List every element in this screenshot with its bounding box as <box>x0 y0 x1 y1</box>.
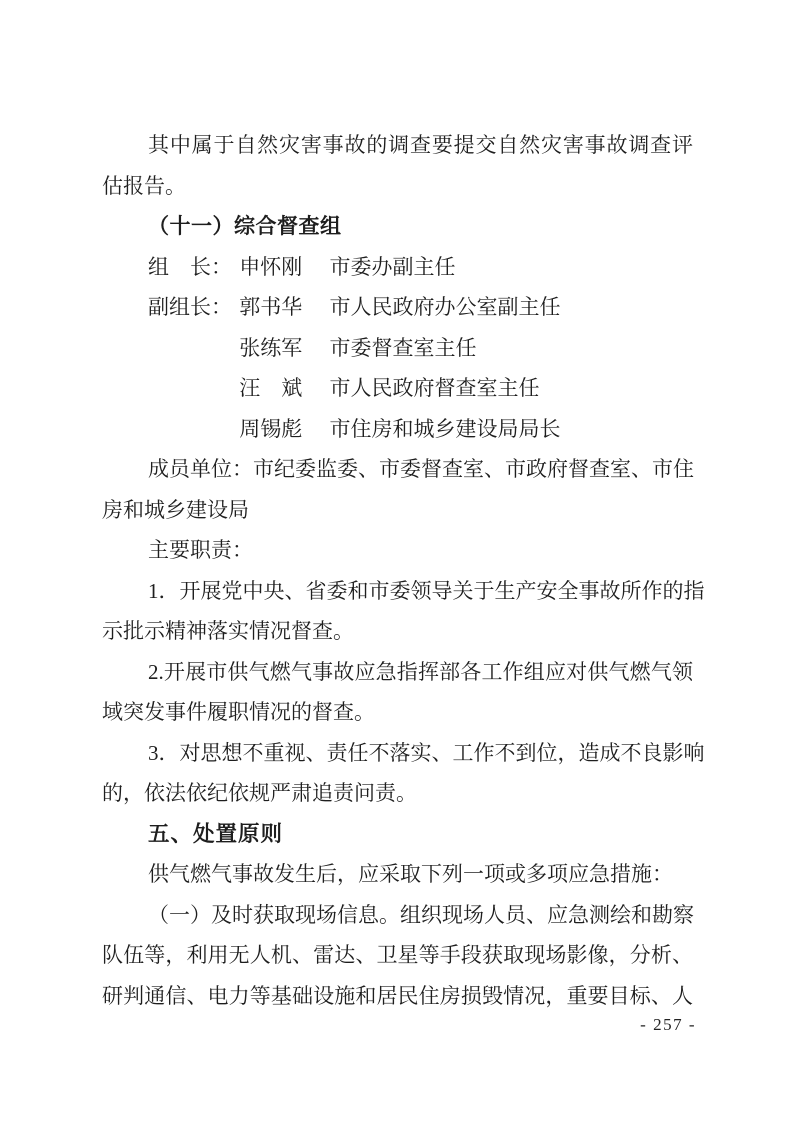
members-line-1: 成员单位：市纪委监委、市委督查室、市政府督查室、市住 <box>102 449 693 490</box>
roster-title: 市委督查室主任 <box>330 336 477 360</box>
measure1-line-3: 研判通信、电力等基础设施和居民住房损毁情况，重要目标、人 <box>102 976 693 1017</box>
duty3-line-2: 的，依法依纪依规严肃追责问责。 <box>102 773 693 814</box>
roster-name: 张练军 <box>239 328 324 369</box>
measure1-line-2: 队伍等，利用无人机、雷达、卫星等手段获取现场影像，分析、 <box>102 935 693 976</box>
roster-row-deputy: 汪 斌 市人民政府督查室主任 <box>102 368 693 409</box>
roster-title: 市人民政府督查室主任 <box>330 376 540 400</box>
duty3-line-1: 3．对思想不重视、责任不落实、工作不到位，造成不良影响 <box>102 733 693 774</box>
roster-row-deputy: 周锡彪 市住房和城乡建设局局长 <box>102 409 693 450</box>
roster-label: 副组长： <box>148 287 234 328</box>
roster-title: 市委办副主任 <box>330 255 456 279</box>
roster-name: 汪 斌 <box>239 368 324 409</box>
section-heading-eleven: （十一）综合督查组 <box>102 206 693 247</box>
roster-row-deputy: 副组长： 郭书华 市人民政府办公室副主任 <box>102 287 693 328</box>
duty1-line-1: 1．开展党中央、省委和市委领导关于生产安全事故所作的指 <box>102 571 693 612</box>
roster-name: 申怀刚 <box>239 247 324 288</box>
intro-line-2: 估报告。 <box>102 166 693 207</box>
duty2-line-1: 2.开展市供气燃气事故应急指挥部各工作组应对供气燃气领 <box>102 652 693 693</box>
section-heading-five: 五、处置原则 <box>102 814 693 855</box>
roster-name: 周锡彪 <box>239 409 324 450</box>
document-body: 其中属于自然灾害事故的调查要提交自然灾害事故调查评 估报告。 （十一）综合督查组… <box>102 125 693 1016</box>
roster-title: 市人民政府办公室副主任 <box>330 295 561 319</box>
roster-title: 市住房和城乡建设局局长 <box>330 417 561 441</box>
roster-row-leader: 组 长： 申怀刚 市委办副主任 <box>102 247 693 288</box>
principle-intro-line: 供气燃气事故发生后，应采取下列一项或多项应急措施： <box>102 854 693 895</box>
members-line-2: 房和城乡建设局 <box>102 490 693 531</box>
page-number: - 257 - <box>640 1013 696 1037</box>
roster-name: 郭书华 <box>239 287 324 328</box>
duties-label: 主要职责： <box>102 530 693 571</box>
measure1-line-1: （一）及时获取现场信息。组织现场人员、应急测绘和勘察 <box>102 895 693 936</box>
roster-label: 组 长： <box>148 247 234 288</box>
document-page: 其中属于自然灾害事故的调查要提交自然灾害事故调查评 估报告。 （十一）综合督查组… <box>0 0 793 1122</box>
roster-row-deputy: 张练军 市委督查室主任 <box>102 328 693 369</box>
duty1-line-2: 示批示精神落实情况督查。 <box>102 611 693 652</box>
intro-line-1: 其中属于自然灾害事故的调查要提交自然灾害事故调查评 <box>102 125 693 166</box>
duty2-line-2: 域突发事件履职情况的督查。 <box>102 692 693 733</box>
